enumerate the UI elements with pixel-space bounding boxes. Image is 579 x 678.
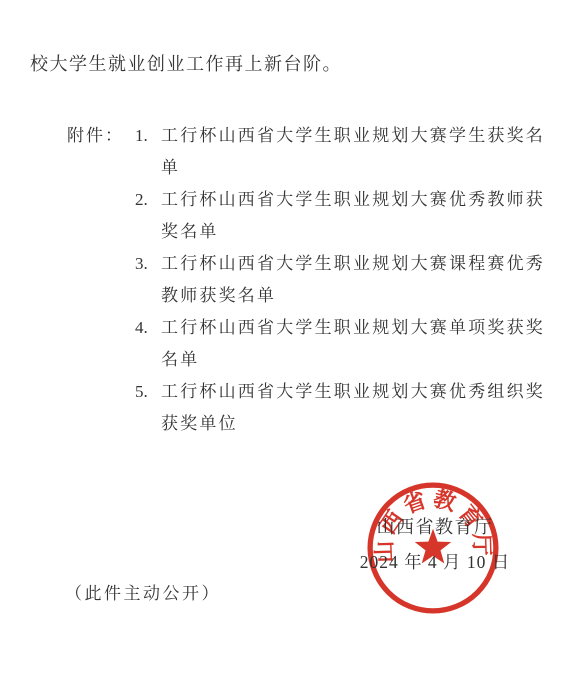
item-text: 工行杯山西省大学生职业规划大赛课程赛优秀教师获奖名单 — [161, 248, 559, 312]
item-number: 1. — [135, 120, 161, 152]
item-number: 2. — [135, 184, 161, 216]
item-text: 工行杯山西省大学生职业规划大赛学生获奖名单 — [161, 120, 559, 184]
issue-date: 2024 年 4 月 10 日 — [345, 550, 525, 574]
signature-block: 山西省教育厅 2024 年 4 月 10 日 — [345, 515, 525, 574]
attachment-label: 附件： — [67, 120, 135, 152]
attachment-item: 5. 工行杯山西省大学生职业规划大赛优秀组织奖获奖单位 — [135, 376, 559, 440]
issuer-name: 山西省教育厅 — [345, 515, 525, 539]
attachment-list: 1. 工行杯山西省大学生职业规划大赛学生获奖名单 2. 工行杯山西省大学生职业规… — [135, 120, 559, 440]
item-text: 工行杯山西省大学生职业规划大赛单项奖获奖名单 — [161, 312, 559, 376]
intro-paragraph: 校大学生就业创业工作再上新台阶。 — [30, 51, 342, 77]
attachment-item: 2. 工行杯山西省大学生职业规划大赛优秀教师获奖名单 — [135, 184, 559, 248]
item-number: 3. — [135, 248, 161, 280]
attachment-item: 4. 工行杯山西省大学生职业规划大赛单项奖获奖名单 — [135, 312, 559, 376]
item-number: 4. — [135, 312, 161, 344]
item-text: 工行杯山西省大学生职业规划大赛优秀组织奖获奖单位 — [161, 376, 559, 440]
attachment-item: 3. 工行杯山西省大学生职业规划大赛课程赛优秀教师获奖名单 — [135, 248, 559, 312]
document-page: 校大学生就业创业工作再上新台阶。 附件： 1. 工行杯山西省大学生职业规划大赛学… — [0, 0, 579, 678]
attachment-section: 附件： 1. 工行杯山西省大学生职业规划大赛学生获奖名单 2. 工行杯山西省大学… — [67, 120, 559, 440]
item-text: 工行杯山西省大学生职业规划大赛优秀教师获奖名单 — [161, 184, 559, 248]
item-number: 5. — [135, 376, 161, 408]
public-disclosure-note: （此件主动公开） — [65, 582, 221, 606]
attachment-item: 1. 工行杯山西省大学生职业规划大赛学生获奖名单 — [135, 120, 559, 184]
